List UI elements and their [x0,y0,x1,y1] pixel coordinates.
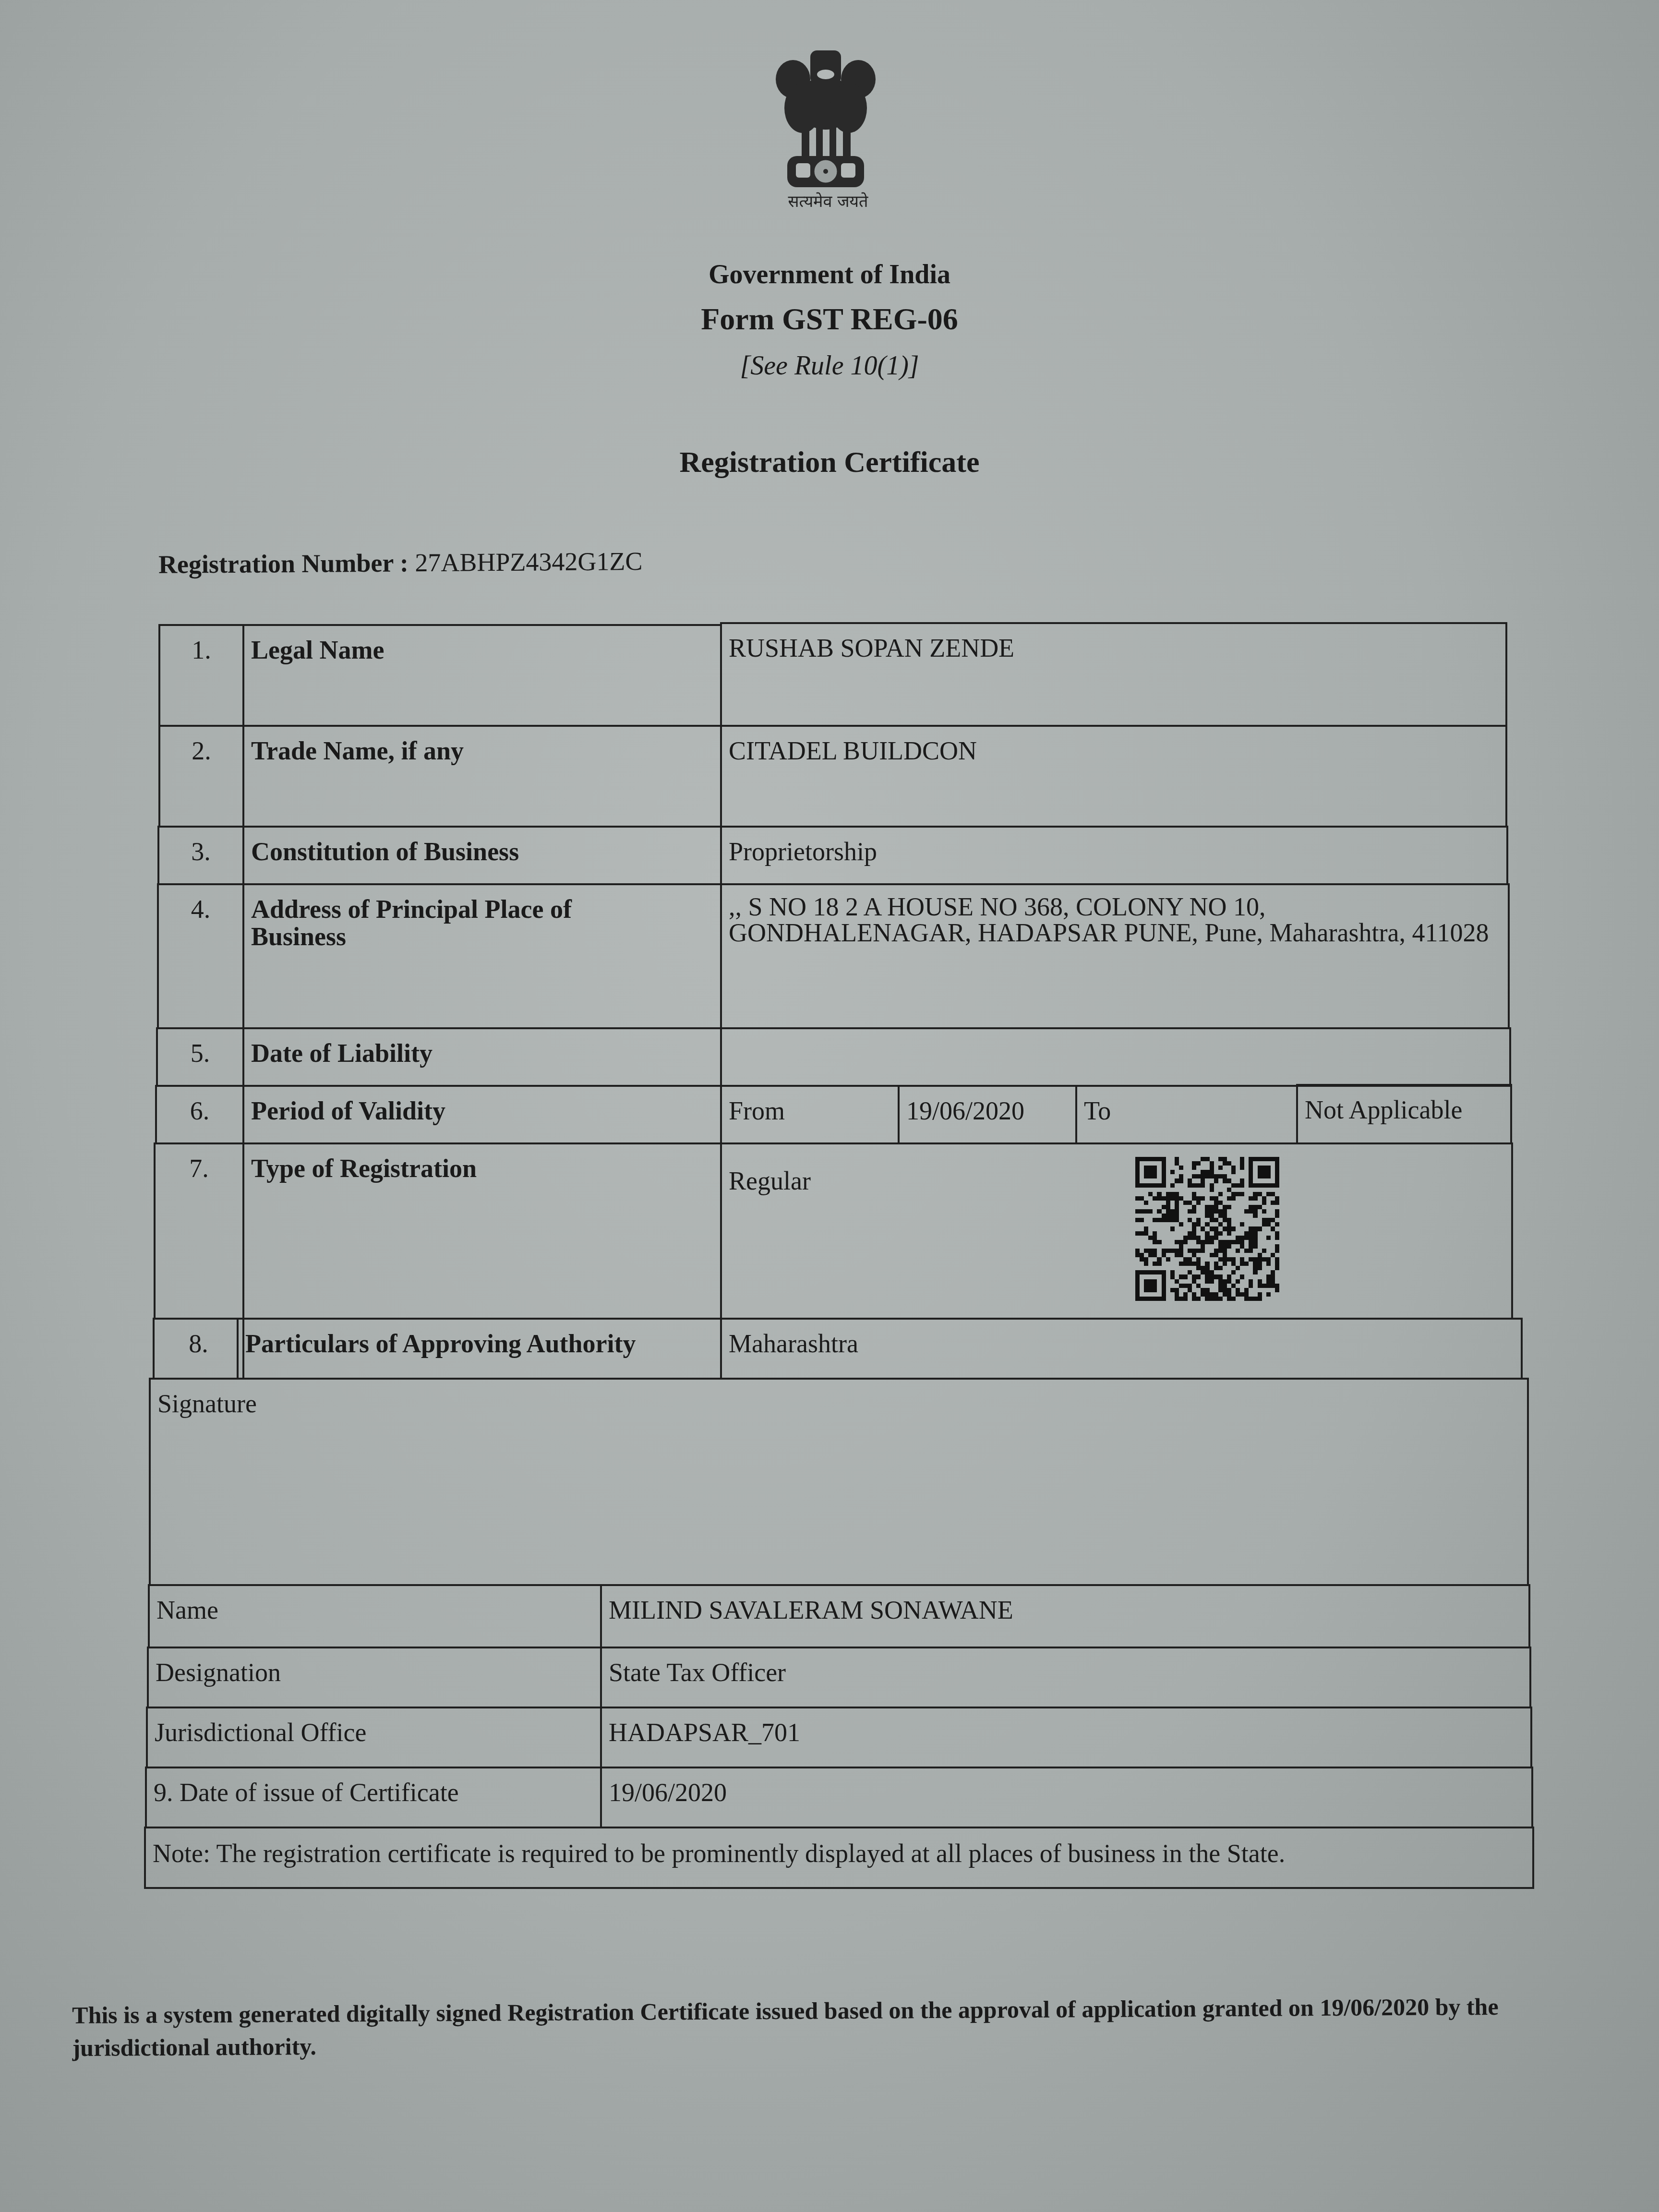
date-of-liability-value [720,1027,1511,1087]
system-generated-footer: This is a system generated digitally sig… [72,1990,1609,2064]
jurisdictional-office-value: HADAPSAR_701 [600,1707,1532,1768]
certificate-page: सत्यमेव जयते Government of India Form GS… [0,0,1659,2212]
row-3-number: 3. [157,826,244,885]
registration-number-label: Registration Number : [158,548,409,579]
registration-type-value: Regular [720,1142,1513,1320]
row-6-number: 6. [155,1085,244,1144]
trade-name-value: CITADEL BUILDCON [720,725,1507,828]
validity-to-label: To [1075,1085,1298,1144]
jurisdictional-office-label: Jurisdictional Office [146,1707,602,1768]
rule-reference: [See Rule 10(1)] [0,350,1659,381]
validity-to-value: Not Applicable [1296,1084,1512,1144]
row-1-label: Legal Name [242,624,722,727]
row-8-label: Particulars of Approving Authority [237,1318,722,1380]
row-1-number: 1. [158,624,244,727]
certificate-title: Registration Certificate [0,445,1659,480]
address-value: ,, S NO 18 2 A HOUSE NO 368, COLONY NO 1… [720,883,1510,1029]
row-7-label: Type of Registration [242,1142,722,1320]
constitution-value: Proprietorship [720,826,1508,885]
row-5-number: 5. [156,1027,244,1087]
legal-name-value: RUSHAB SOPAN ZENDE [720,622,1507,727]
validity-from-label: From [720,1085,900,1144]
government-heading: Government of India [0,259,1659,290]
row-7-number: 7. [154,1142,244,1320]
officer-designation-label: Designation [147,1647,602,1708]
national-emblem-icon [768,46,883,204]
row-3-label: Constitution of Business [242,826,722,885]
row-8-number: 8. [153,1318,244,1380]
validity-from-value: 19/06/2020 [898,1085,1077,1144]
form-number: Form GST REG-06 [0,301,1659,337]
row-4-number: 4. [157,883,244,1029]
signature-label: Signature [157,1390,1520,1418]
approving-authority-value: Maharashtra [720,1318,1523,1380]
row-6-label: Period of Validity [242,1085,722,1144]
row-2-label: Trade Name, if any [242,725,722,828]
officer-name-value: MILIND SAVALERAM SONAWANE [600,1584,1530,1648]
registration-number-line: Registration Number : 27ABHPZ4342G1ZC [158,546,643,579]
row-5-label: Date of Liability [242,1027,722,1087]
qr-code-icon [1135,1157,1279,1301]
issue-date-label: 9. Date of issue of Certificate [145,1767,602,1828]
registration-number-value: 27ABHPZ4342G1ZC [415,547,642,577]
row-4-label: Address of Principal Place of Business [242,883,722,1029]
issue-date-value: 19/06/2020 [600,1767,1533,1828]
row-2-number: 2. [158,725,244,828]
emblem-motto: सत्यमेव जयते [749,190,907,212]
officer-designation-value: State Tax Officer [600,1647,1531,1708]
signature-box: Signature [149,1378,1529,1586]
display-note: Note: The registration certificate is re… [144,1827,1534,1889]
officer-name-label: Name [148,1584,602,1648]
